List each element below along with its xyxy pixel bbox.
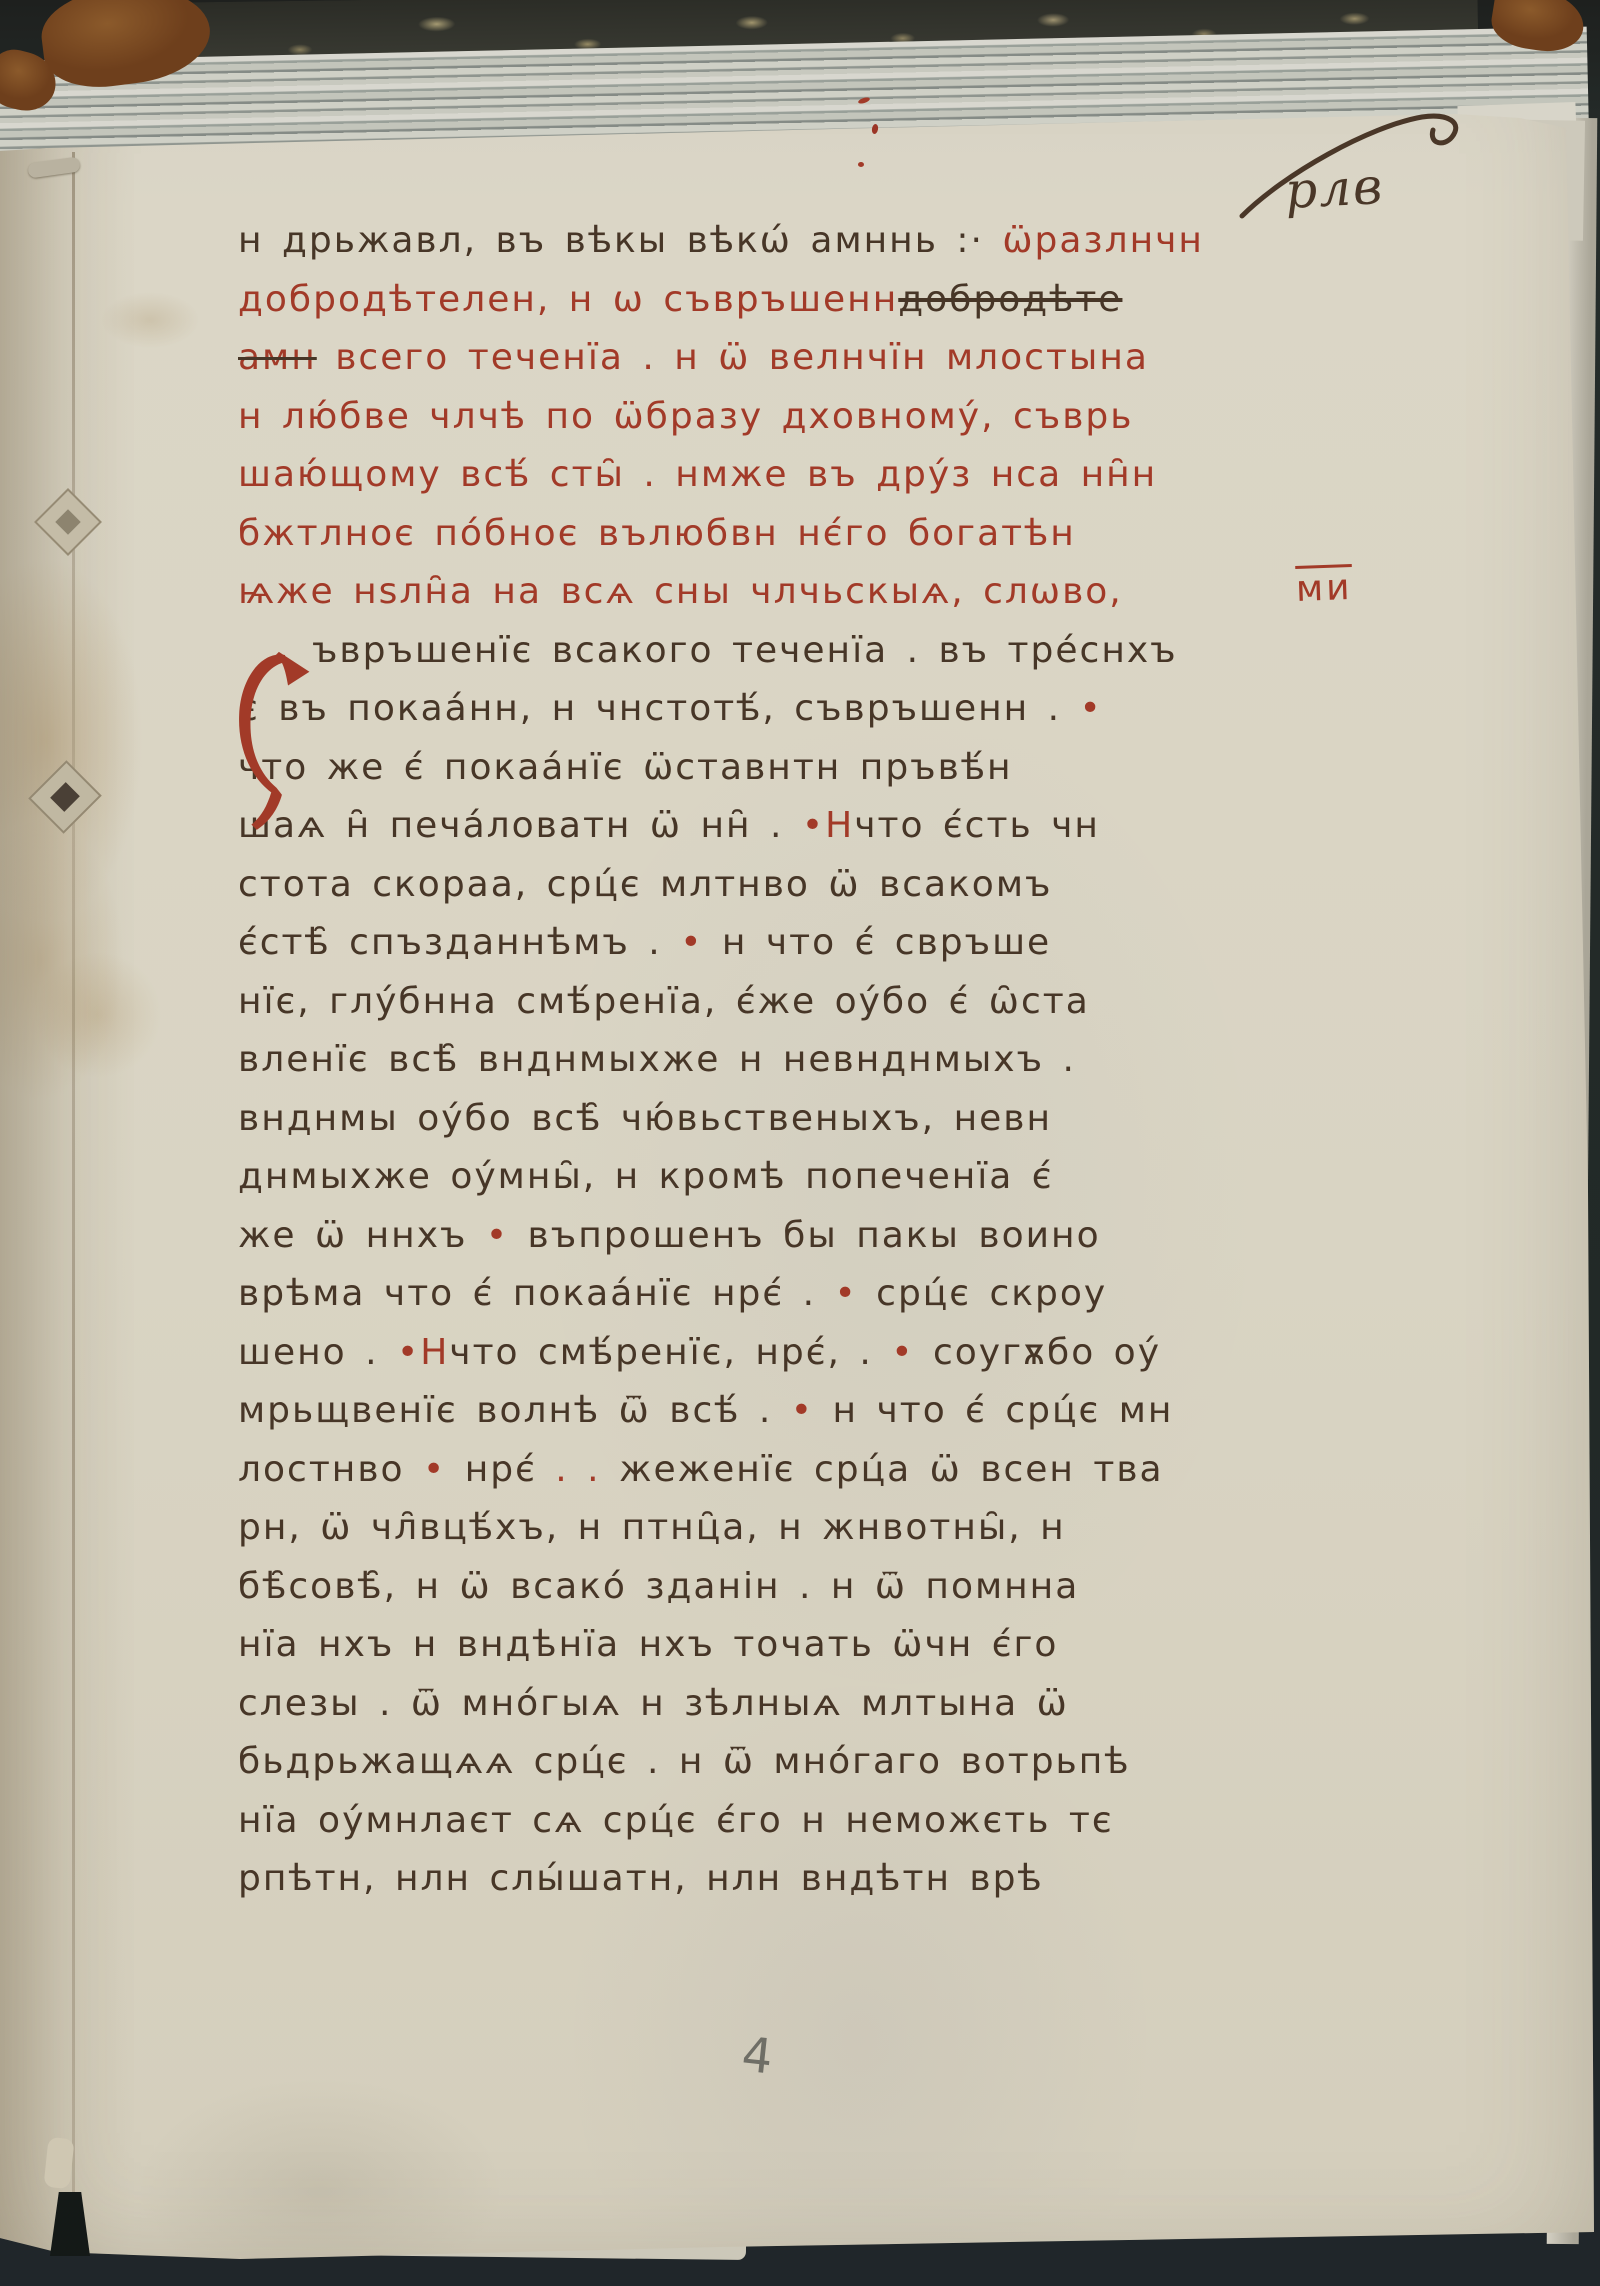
line-segment: нїа оу́мнлаєт сѧ срц́є є́го н неможєть т… bbox=[238, 1800, 1114, 1841]
line-segment: ѡ̈разлнчн bbox=[984, 220, 1204, 261]
line-segment: врѣма что є́ покаа́нїє нрє́ . bbox=[238, 1273, 816, 1314]
initial-letter-glyph bbox=[230, 642, 314, 842]
line-segment: днмыхже оу́мны̑, н кромѣ попеченїа є́ bbox=[238, 1156, 1054, 1197]
line-segment: • bbox=[405, 1449, 465, 1490]
folio-mark: рлв bbox=[1232, 96, 1472, 246]
line-segment: • bbox=[486, 1215, 509, 1256]
line-segment: нїє, глу́бнна смѣ́ренїа, є́же оу́бо є́ ѡ… bbox=[238, 981, 1090, 1022]
line-segment: н лю́бве члчѣ по ѡ̈бразу дховному́, съвр… bbox=[238, 396, 1134, 437]
line-segment: н дрьжавл, въ вѣкы вѣкѡ́ амннь :· bbox=[238, 220, 984, 261]
line-segment: въпрошенъ бы пакы воино bbox=[509, 1215, 1101, 1256]
line-segment: что же є́ покаа́нїє ѡ̈ставнтн пръвѣ́н bbox=[238, 747, 1013, 788]
line-segment: всего теченїа . н ѡ̈ велнчїн млостына bbox=[317, 337, 1149, 378]
line-segment: бѣ̑совѣ̑, н ѡ̈ всако́ зданін . н ѿ помнн… bbox=[238, 1566, 1079, 1607]
line-segment: добродѣтелен, н ѡ съвръшенн bbox=[238, 279, 898, 320]
line-segment: н что є́ свръше bbox=[703, 922, 1051, 963]
line-segment: • bbox=[662, 922, 704, 963]
red-ink-speck bbox=[858, 162, 864, 167]
line-segment: бьдрьжащѧѧ срц́є . н ѿ мно́гаго вотрьпѣ bbox=[238, 1741, 1131, 1782]
manuscript-line: нїа нхъ н вндѣнїа нхъ точать ѡ̈чн є́го bbox=[238, 1616, 1338, 1675]
sewing-hole-center bbox=[50, 782, 80, 812]
line-segment: вленїє всѣ̑ внднмыхже н невнднмыхъ . bbox=[238, 1039, 1076, 1080]
manuscript-line: внднмы оу́бо всѣ̑ чю́вьственыхъ, невн bbox=[238, 1090, 1338, 1149]
initial-letter-body bbox=[239, 654, 286, 829]
manuscript-line: стота скораа, срц́є млтнво ѡ̈ всакомъ bbox=[238, 856, 1338, 915]
line-segment: нрє́ bbox=[465, 1449, 556, 1490]
manuscript-line: слезы . ѿ мно́гыѧ н зѣлныѧ млтына ѡ̈ bbox=[238, 1675, 1338, 1734]
manuscript-line: нїа оу́мнлаєт сѧ срц́є є́го н неможєть т… bbox=[238, 1792, 1338, 1851]
manuscript-line: ъвръшенїє всакого теченїа . въ тре́снхъ bbox=[238, 622, 1338, 681]
manuscript-line: шаѧ н̑ печа́ловатн ѡ̈ нн̑ . •Нчто є́сть … bbox=[238, 797, 1338, 856]
initial-letter-C bbox=[230, 642, 314, 842]
line-segment: рн, ѡ̈ чл̑вцѣ́хъ, н птнц̑а, н жнвотны̑, … bbox=[238, 1507, 1066, 1548]
line-segment: є́ въ покаа́нн, н чнстотѣ́, съвръшенн . bbox=[238, 688, 1061, 729]
manuscript-line: амн всего теченїа . н ѡ̈ велнчїн млостын… bbox=[238, 329, 1338, 388]
line-segment: н что є́ срц́є мн bbox=[814, 1390, 1173, 1431]
manuscript-line: шаю́щому всѣ́ сты̑ . нмже въ дру́з нса н… bbox=[238, 446, 1338, 505]
manuscript-photo: рлв ми н дрьжавл, въ вѣкы вѣкѡ́ амннь :·… bbox=[0, 0, 1600, 2286]
line-segment: срц́є скроу bbox=[858, 1273, 1108, 1314]
manuscript-line: лостнво • нрє́ . . жеженїє срц́а ѡ̈ всен… bbox=[238, 1441, 1338, 1500]
manuscript-line: добродѣтелен, н ѡ съвръшенндобродѣте bbox=[238, 271, 1338, 330]
manuscript-line: є́ въ покаа́нн, н чнстотѣ́, съвръшенн . … bbox=[238, 680, 1338, 739]
line-segment: •Н bbox=[397, 1332, 449, 1373]
text-block: н дрьжавл, въ вѣкы вѣкѡ́ амннь :· ѡ̈разл… bbox=[238, 212, 1338, 1909]
manuscript-line: н дрьжавл, въ вѣкы вѣкѡ́ амннь :· ѡ̈разл… bbox=[238, 212, 1338, 271]
line-segment: ъвръшенїє всакого теченїа . въ тре́снхъ bbox=[312, 630, 1178, 671]
line-segment: • bbox=[772, 1390, 814, 1431]
manuscript-line: шено . •Нчто смѣ́ренїє, нрє́, . • соугѫб… bbox=[238, 1324, 1338, 1383]
line-segment: что смѣ́ренїє, нрє́, . bbox=[449, 1332, 873, 1373]
line-segment: внднмы оу́бо всѣ̑ чю́вьственыхъ, невн bbox=[238, 1098, 1052, 1139]
manuscript-line: вленїє всѣ̑ внднмыхже н невнднмыхъ . bbox=[238, 1031, 1338, 1090]
line-segment: шено . bbox=[238, 1332, 397, 1373]
line-segment: шаѧ н̑ печа́ловатн ѡ̈ нн̑ . bbox=[238, 805, 802, 846]
line-segment: нїа нхъ н вндѣнїа нхъ точать ѡ̈чн є́го bbox=[238, 1624, 1058, 1665]
manuscript-line: что же є́ покаа́нїє ѡ̈ставнтн пръвѣ́н bbox=[238, 739, 1338, 798]
line-segment: лостнво bbox=[238, 1449, 405, 1490]
line-segment: рпѣтн, нлн слы́шатн, нлн вндѣтн врѣ bbox=[238, 1858, 1044, 1899]
initial-letter-wedge bbox=[276, 652, 310, 686]
manuscript-line: мрьщвенїє волнѣ ѿ всѣ́ . • н что є́ срц́… bbox=[238, 1382, 1338, 1441]
line-segment: амн bbox=[238, 337, 317, 378]
folio-flourish: рлв bbox=[1232, 96, 1472, 246]
manuscript-line: днмыхже оу́мны̑, н кромѣ попеченїа є́ bbox=[238, 1148, 1338, 1207]
manuscript-line: є́стѣ̑ спъзданнѣмъ . • н что є́ свръше bbox=[238, 914, 1338, 973]
manuscript-line: врѣма что є́ покаа́нїє нрє́ . • срц́є ск… bbox=[238, 1265, 1338, 1324]
manuscript-line: же ѡ̈ ннхъ • въпрошенъ бы пакы воино bbox=[238, 1207, 1338, 1266]
line-segment: • bbox=[1061, 688, 1103, 729]
manuscript-line: бьдрьжащѧѧ срц́є . н ѿ мно́гаго вотрьпѣ bbox=[238, 1733, 1338, 1792]
line-segment: же ѡ̈ ннхъ bbox=[238, 1215, 486, 1256]
sewing-thread bbox=[43, 2137, 74, 2189]
margin-chapter-number: ми bbox=[1295, 567, 1353, 610]
manuscript-line: бѣ̑совѣ̑, н ѡ̈ всако́ зданін . н ѿ помнн… bbox=[238, 1558, 1338, 1617]
line-segment: мрьщвенїє волнѣ ѿ всѣ́ . bbox=[238, 1390, 772, 1431]
line-segment: є́стѣ̑ спъзданнѣмъ . bbox=[238, 922, 662, 963]
line-segment: жеженїє срц́а ѡ̈ всен тва bbox=[601, 1449, 1164, 1490]
gutter-fold-line bbox=[72, 152, 75, 2248]
pencil-folio-number: 4 bbox=[739, 2027, 775, 2086]
line-segment: • bbox=[873, 1332, 915, 1373]
line-segment: стота скораа, срц́є млтнво ѡ̈ всакомъ bbox=[238, 864, 1052, 905]
line-segment: •Н bbox=[802, 805, 854, 846]
line-segment: . . bbox=[555, 1449, 600, 1490]
line-segment: слезы . ѿ мно́гыѧ н зѣлныѧ млтына ѡ̈ bbox=[238, 1683, 1069, 1724]
manuscript-line: рн, ѡ̈ чл̑вцѣ́хъ, н птнц̑а, н жнвотны̑, … bbox=[238, 1499, 1338, 1558]
folio-number-text: рлв bbox=[1284, 157, 1386, 220]
manuscript-line: н лю́бве члчѣ по ѡ̈бразу дховному́, съвр… bbox=[238, 388, 1338, 447]
line-segment: шаю́щому всѣ́ сты̑ . нмже въ дру́з нса н… bbox=[238, 454, 1157, 495]
manuscript-line: ѩже нѕлн̑а на всѧ сны члчьскыѧ, слѡво, bbox=[238, 563, 1338, 622]
manuscript-line: рпѣтн, нлн слы́шатн, нлн вндѣтн врѣ bbox=[238, 1850, 1338, 1909]
sewing-hole-center bbox=[56, 510, 81, 535]
manuscript-line: бжтлноє по́бноє вълюбвн нє́го богатѣн bbox=[238, 505, 1338, 564]
line-segment: что є́сть чн bbox=[854, 805, 1100, 846]
line-segment: добродѣте bbox=[898, 279, 1122, 320]
line-segment: соугѫбо оу́ bbox=[915, 1332, 1162, 1373]
line-segment: • bbox=[816, 1273, 858, 1314]
manuscript-line: нїє, глу́бнна смѣ́ренїа, є́же оу́бо є́ ѡ… bbox=[238, 973, 1338, 1032]
line-segment: бжтлноє по́бноє вълюбвн нє́го богатѣн bbox=[238, 513, 1076, 554]
line-segment: ѩже нѕлн̑а на всѧ сны члчьскыѧ, слѡво, bbox=[238, 571, 1123, 612]
